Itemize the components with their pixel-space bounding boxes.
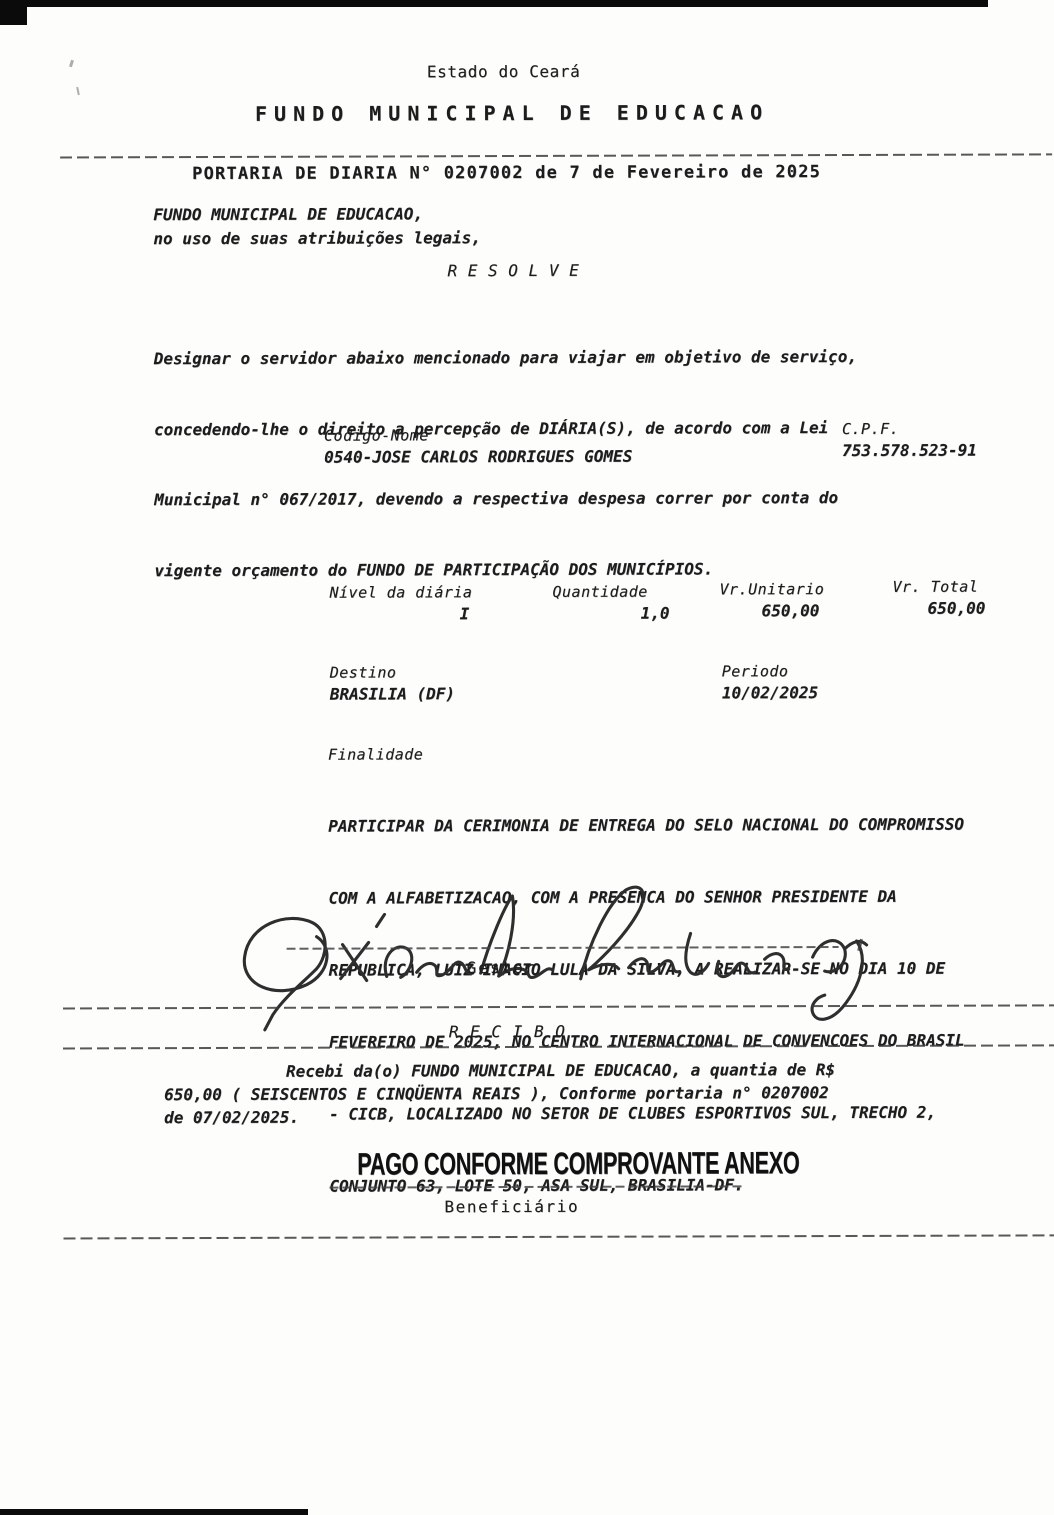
vr-unitario-header: Vr.Unitario (719, 580, 824, 598)
cpf-label: C.P.F. (842, 420, 899, 438)
vr-unitario-value: 650,00 (762, 601, 820, 620)
org-title: FUNDO MUNICIPAL DE EDUCACAO (255, 100, 769, 126)
paid-stamp: PAGO CONFORME COMPROVANTE ANEXO (357, 1145, 989, 1183)
cpf-value: 753.578.523-91 (842, 441, 977, 460)
portaria-title: PORTARIA DE DIARIA N° 0207002 de 7 de Fe… (192, 162, 821, 184)
destino-value: BRASILIA (DF) (330, 684, 455, 703)
vr-total-header: Vr. Total (892, 578, 978, 596)
state-header: Estado do Ceará (427, 62, 581, 81)
recibo-body-line: 650,00 ( SEISCENTOS E CINQÜENTA REAIS ),… (164, 1083, 829, 1104)
vr-total-value: 650,00 (928, 599, 986, 618)
resolve-paragraph-line: Municipal n° 067/2017, devendo a respect… (154, 486, 857, 512)
codigo-nome-label: Codigo-Nome (324, 426, 429, 444)
finalidade-label: Finalidade (328, 745, 423, 763)
paid-stamp-text: PAGO CONFORME COMPROVANTE ANEXO (357, 1145, 799, 1182)
codigo-nome-value: 0540-JOSE CARLOS RODRIGUES GOMES (324, 447, 632, 467)
resolve-heading: R E S O L V E (447, 261, 579, 280)
issuer-line-1: FUNDO MUNICIPAL DE EDUCACAO, (153, 204, 423, 224)
periodo-value: 10/02/2025 (722, 683, 818, 702)
divider-dashed (60, 153, 1052, 158)
periodo-label: Periodo (722, 662, 789, 680)
quantidade-value: 1,0 (641, 604, 670, 623)
scanned-document-page: Estado do Ceará FUNDO MUNICIPAL DE EDUCA… (0, 0, 1054, 1515)
gestor-signature-scribble (228, 883, 888, 1035)
finalidade-line: - CICB, LOCALIZADO NO SETOR DE CLUBES ES… (329, 1101, 965, 1127)
resolve-paragraph-line: vigente orçamento do FUNDO DE PARTICIPAÇ… (154, 556, 857, 582)
beneficiario-label: Beneficiário (444, 1197, 579, 1216)
gestor-label: Gestor (467, 958, 537, 977)
nivel-diaria-value: I (460, 604, 470, 623)
destino-label: Destino (330, 663, 397, 681)
resolve-paragraph-line: concedendo-lhe o direito a percepção de … (154, 415, 857, 441)
recibo-heading: R E C I B O (449, 1022, 566, 1041)
recibo-body-line: de 07/02/2025. (164, 1108, 299, 1127)
quantidade-header: Quantidade (552, 583, 647, 601)
document-content: Estado do Ceará FUNDO MUNICIPAL DE EDUCA… (0, 0, 1054, 1515)
nivel-diaria-header: Nível da diária (329, 583, 472, 601)
finalidade-line: PARTICIPAR DA CERIMONIA DE ENTREGA DO SE… (328, 813, 964, 839)
recibo-body-line: Recebi da(o) FUNDO MUNICIPAL DE EDUCACAO… (286, 1060, 835, 1081)
issuer-line-2: no uso de suas atribuições legais, (153, 228, 481, 248)
resolve-paragraph-line: Designar o servidor abaixo mencionado pa… (154, 345, 857, 371)
